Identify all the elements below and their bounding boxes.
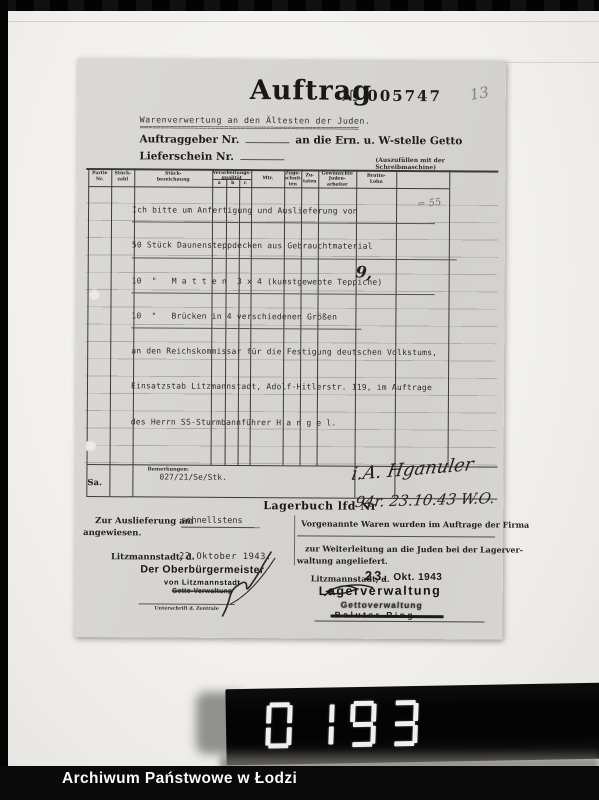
col-header-judenarbeiter: Gewünschte Juden- arbeiter [318, 171, 356, 188]
counter-digit [265, 702, 293, 748]
right-line-1: Vorgenannte Waren wurden im Auftrage der… [301, 518, 529, 529]
typed-line: 50 Stück Daunensteppdecken aus Gebraucht… [132, 241, 457, 260]
orderer-to: an die Ern. u. W-stelle Getto [295, 134, 462, 147]
typed-line: Ich bitte um Anfertigung und Auslieferun… [132, 205, 435, 224]
scratch-line-1 [8, 21, 599, 22]
counter-digits [265, 700, 419, 749]
col-header-partie: Partie Nr. [88, 171, 111, 183]
orderer-label: Auftraggeber Nr. [139, 133, 239, 146]
counter-shadow [220, 748, 599, 768]
signature-scribble [213, 542, 288, 620]
doc-number: № 005747 [342, 87, 442, 106]
delivery-label: Lieferschein Nr. [139, 150, 234, 163]
delivery-blank [240, 150, 284, 160]
counter-digit [307, 701, 335, 747]
lagerbuch-value: 94r. 23.10.43 W.O. [354, 489, 496, 511]
angewiesen-text: angewiesen. [83, 528, 141, 538]
col-header-qual-b: b [226, 181, 239, 187]
bottom-divider [294, 515, 295, 565]
right-blank-line [297, 535, 495, 537]
orderer-blank [245, 133, 289, 143]
col-header-stueckzahl: Stück- zahl [111, 171, 134, 183]
right-line-2: zur Weiterleitung an die Juden bei der L… [305, 543, 523, 554]
delivery-row: Lieferschein Nr. [139, 149, 290, 163]
col-header-bezeichnung: Stück- bezeichnung [134, 171, 212, 183]
col-header-zugeschnitten: Zuge- schnit- ten [284, 171, 301, 188]
film-strip-top [0, 0, 599, 11]
pencil-page-number: 13 [468, 83, 490, 104]
scratch-line-2 [500, 62, 599, 63]
col-header-qual-c: c [239, 181, 251, 187]
delivery-by-value: schnellstens [181, 516, 260, 528]
stamp-baluter-ring: Baluter Ring [335, 610, 416, 620]
typed-line: des Herrn SS-Sturmbannführer H a n g e l… [131, 417, 456, 436]
hole-punch-1 [89, 289, 101, 301]
right-line-3: waltung angeliefert. [297, 555, 388, 566]
stamp-gettoverwaltung: Gettoverwaltung [340, 600, 423, 610]
doc-divider: ========================================… [140, 122, 359, 132]
footer-band: Archiwum Państwowe w Łodzi [0, 766, 599, 800]
typed-line: Einsatzstab Litzmannstadt, Adolf-Hitlers… [131, 382, 456, 401]
film-strip-left [0, 0, 8, 800]
baluter-underline [315, 620, 485, 622]
remarks-value: 027/21/Se/Stk. [159, 473, 226, 482]
col-header-mtr: Mtr. [251, 176, 284, 182]
document: Auftrag № 005747 13 Warenverwertung an d… [74, 58, 506, 640]
col-header-bruttolohn: Brutto- Lohn [356, 174, 396, 186]
typed-block: Ich bitte um Anfertigung und Auslieferun… [131, 187, 458, 454]
counter-digit [391, 700, 419, 746]
footer-text: Archiwum Państwowe w Łodzi [62, 770, 297, 788]
delivery-by-label: Zur Auslieferung am [95, 516, 194, 527]
typed-line: 10 " Brücken in 4 verschiedenen Größen [131, 311, 361, 330]
col-header-zutaten: Zu- taten [301, 173, 318, 185]
col-header-qual-a: a [212, 181, 226, 187]
counter-digit [349, 701, 377, 747]
orderer-row: Auftraggeber Nr.an die Ern. u. W-stelle … [139, 132, 462, 147]
sum-label: Sa. [87, 478, 102, 488]
hole-punch-2 [85, 440, 97, 452]
typed-line: an den Reichskommissar für die Festigung… [131, 347, 456, 366]
archive-scan: Auftrag № 005747 13 Warenverwertung an d… [0, 0, 599, 800]
typed-line: 10 " M a t t e n 3 x 4 (kunstgewebte Tep… [132, 276, 435, 295]
handwritten-digit-9: 9, [355, 262, 373, 282]
stamp-scribble [321, 579, 411, 602]
